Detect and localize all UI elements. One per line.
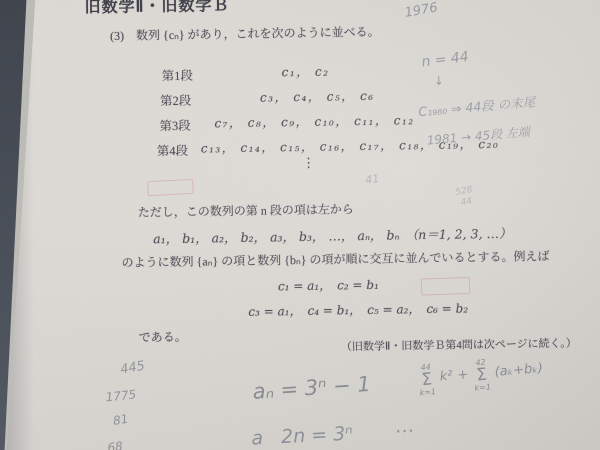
page-content: 旧数学Ⅱ・旧数学Ｂ (3) 数列 {cₙ} があり，これを次のように並べる。 第…	[0, 0, 600, 450]
row-label-1: 第1段	[161, 66, 193, 84]
sum-1-lower-limit: k=1	[419, 388, 436, 397]
handwritten-bottom-fragment: a 2n = 3ⁿ ⋯	[251, 419, 415, 449]
row-label-3: 第3段	[159, 116, 191, 134]
vertical-dots: ⋮	[302, 155, 315, 171]
sum-1: 44 Σ k=1	[417, 363, 436, 397]
sum-2-lower-limit: k=1	[474, 383, 491, 392]
row-terms-3: c₇， c₈， c₉， c₁₀， c₁₁， c₁₂	[214, 111, 414, 131]
row-label-2: 第2段	[160, 91, 192, 109]
handwritten-faint-44: 44	[460, 196, 473, 208]
handwritten-arrow-down: ↓	[434, 74, 444, 88]
condition-line: ただし，この数列の第 n 段の項は左から	[138, 200, 354, 220]
handwritten-year: 1976	[404, 0, 439, 20]
page-title: 旧数学Ⅱ・旧数学Ｂ	[84, 0, 229, 17]
sum-2-body: (aₖ+bₖ)	[494, 361, 543, 380]
continuation-note: （旧数学Ⅱ・旧数学Ｂ第4問は次ページに続く。）	[341, 335, 577, 355]
alternating-line: のように数列 {aₙ} の項と数列 {bₙ} の項が順に交互に並んでいるとする。…	[121, 247, 549, 271]
handwritten-445: 445	[119, 359, 146, 378]
problem-intro: (3) 数列 {cₙ} があり，これを次のように並べる。	[110, 23, 380, 44]
row-terms-1: c₁， c₂	[281, 63, 329, 81]
handwritten-c1980-note: C₁₉₈₀ ⇒ 44段 の末尾	[418, 92, 536, 120]
handwritten-68: 68	[107, 439, 124, 450]
handwritten-n-equals-44: n = 44	[421, 49, 470, 71]
dearu-line: である。	[139, 328, 187, 346]
handwritten-81: 81	[112, 412, 129, 428]
sequence-line: a₁， b₁， a₂， b₂， a₃， b₃， …， aₙ， bₙ （n＝1, …	[153, 224, 512, 248]
equation-line-2: c₃ = a₁， c₄ = b₁， c₅ = a₂， c₆ = b₂	[248, 299, 468, 319]
photo-canvas: 旧数学Ⅱ・旧数学Ｂ (3) 数列 {cₙ} があり，これを次のように並べる。 第…	[0, 0, 600, 450]
sum-1-body: k²	[439, 369, 453, 385]
row-label-4: 第4段	[157, 141, 189, 159]
handwritten-1775: 1775	[105, 387, 137, 404]
plus-sign: +	[457, 367, 469, 383]
handwritten-sum-expression: 44 Σ k=1 k² + 42 Σ k=1 (aₖ+bₖ)	[417, 354, 544, 398]
equation-line-1: c₁ = a₁， c₂ = b₁	[278, 276, 379, 295]
handwritten-an-formula: aₙ = 3ⁿ − 1	[252, 372, 372, 404]
red-annotation-box-1	[147, 179, 194, 196]
row-terms-2: c₃， c₄， c₅， c₆	[260, 87, 375, 106]
sum-2: 42 Σ k=1	[472, 358, 491, 392]
red-annotation-box-2	[421, 277, 471, 296]
handwritten-41: 41	[364, 172, 380, 187]
